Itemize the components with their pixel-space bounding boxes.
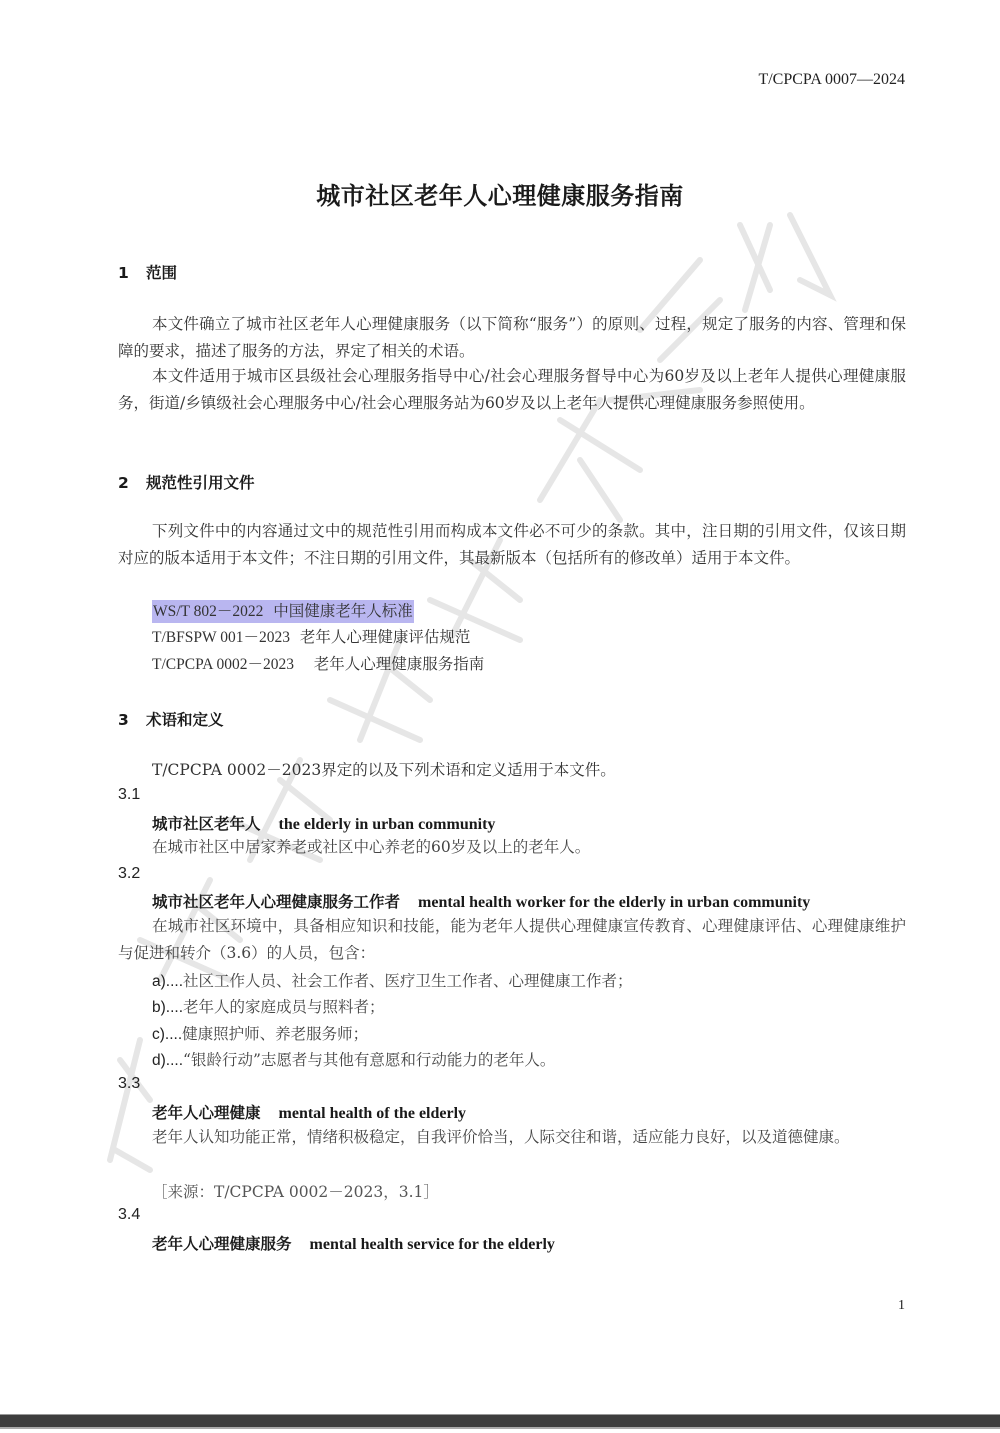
list-item: b)....老年人的家庭成员与照料者； (152, 995, 385, 1017)
section-title: 规范性引用文件 (146, 474, 255, 492)
term-en: mental health of the elderly (279, 1105, 467, 1122)
term-heading: 城市社区老年人the elderly in urban community (152, 812, 495, 834)
term-zh: 老年人心理健康 (152, 1104, 261, 1122)
reference-item: T/BFSPW 001－2023 老年人心理健康评估规范 (152, 626, 470, 649)
section-3-heading: 3术语和定义 (118, 708, 224, 730)
term-number: 3.4 (118, 1206, 140, 1224)
viewer-bottom-bar (0, 1414, 1000, 1429)
term-en: mental health service for the elderly (310, 1236, 555, 1253)
term-zh: 城市社区老年人心理健康服务工作者 (152, 893, 400, 911)
term-heading: 城市社区老年人心理健康服务工作者mental health worker for… (152, 890, 810, 912)
reference-code: T/CPCPA 0002－2023 (152, 656, 294, 673)
reference-code: T/BFSPW 001－2023 (152, 629, 290, 646)
term-number: 3.1 (118, 786, 140, 804)
section-number: 3 (118, 711, 146, 729)
scope-paragraph-1: 本文件确立了城市社区老年人心理健康服务（以下简称“服务”）的原则、过程，规定了服… (118, 311, 906, 364)
normative-references-paragraph: 下列文件中的内容通过文中的规范性引用而构成本文件必不可少的条款。其中，注日期的引… (118, 518, 906, 571)
scope-paragraph-2: 本文件适用于城市区县级社会心理服务指导中心/社会心理服务督导中心为60岁及以上老… (118, 363, 906, 416)
term-number: 3.3 (118, 1075, 140, 1093)
term-definition: 在城市社区环境中，具备相应知识和技能，能为老年人提供心理健康宣传教育、心理健康评… (118, 913, 906, 966)
term-en: the elderly in urban community (279, 816, 496, 833)
page-number: 1 (898, 1298, 905, 1314)
list-marker: a).... (152, 973, 183, 990)
list-text: 老年人的家庭成员与照料者； (183, 998, 385, 1016)
watermark-graphic (0, 0, 1000, 1412)
term-zh: 老年人心理健康服务 (152, 1235, 292, 1253)
list-marker: b).... (152, 999, 183, 1016)
list-item: d)....“银龄行动”志愿者与其他有意愿和行动能力的老年人。 (152, 1048, 555, 1070)
document-title: 城市社区老年人心理健康服务指南 (0, 176, 1000, 211)
reference-code: WS/T 802－2022 (153, 603, 263, 620)
term-definition: 老年人认知功能正常，情绪积极稳定，自我评价恰当，人际交往和谐，适应能力良好，以及… (118, 1124, 906, 1151)
reference-item: T/CPCPA 0002－2023 老年人心理健康服务指南 (152, 653, 484, 676)
list-text: “银龄行动”志愿者与其他有意愿和行动能力的老年人。 (183, 1051, 555, 1069)
term-definition: 在城市社区中居家养老或社区中心养老的60岁及以上的老年人。 (118, 834, 906, 861)
list-item: a)....社区工作人员、社会工作者、医疗卫生工作者、心理健康工作者； (152, 969, 633, 991)
list-marker: c).... (152, 1026, 182, 1043)
section-2-heading: 2规范性引用文件 (118, 471, 255, 493)
standard-code: T/CPCPA 0007—2024 (758, 71, 905, 89)
term-heading: 老年人心理健康mental health of the elderly (152, 1101, 466, 1123)
reference-name: 中国健康老年人标准 (273, 602, 413, 620)
section-title: 术语和定义 (146, 711, 224, 729)
list-text: 健康照护师、养老服务师； (182, 1025, 368, 1043)
section-number: 1 (118, 264, 146, 282)
section-number: 2 (118, 474, 146, 492)
term-number: 3.2 (118, 865, 140, 883)
reference-item[interactable]: WS/T 802－2022 中国健康老年人标准 (152, 600, 414, 623)
list-text: 社区工作人员、社会工作者、医疗卫生工作者、心理健康工作者； (183, 972, 633, 990)
section-1-heading: 1范围 (118, 261, 177, 283)
list-marker: d).... (152, 1052, 183, 1069)
list-item: c)....健康照护师、养老服务师； (152, 1022, 368, 1044)
term-en: mental health worker for the elderly in … (418, 894, 810, 911)
terms-intro: T/CPCPA 0002－2023界定的以及下列术语和定义适用于本文件。 (118, 757, 906, 784)
section-title: 范围 (146, 264, 177, 282)
term-zh: 城市社区老年人 (152, 815, 261, 833)
term-heading: 老年人心理健康服务mental health service for the e… (152, 1232, 555, 1254)
reference-name: 老年人心理健康服务指南 (314, 655, 485, 673)
term-source: ［来源：T/CPCPA 0002－2023，3.1］ (152, 1180, 439, 1202)
document-page: T/CPCPA 0007—2024 城市社区老年人心理健康服务指南 1范围 本文… (0, 0, 1000, 1412)
reference-name: 老年人心理健康评估规范 (300, 628, 471, 646)
